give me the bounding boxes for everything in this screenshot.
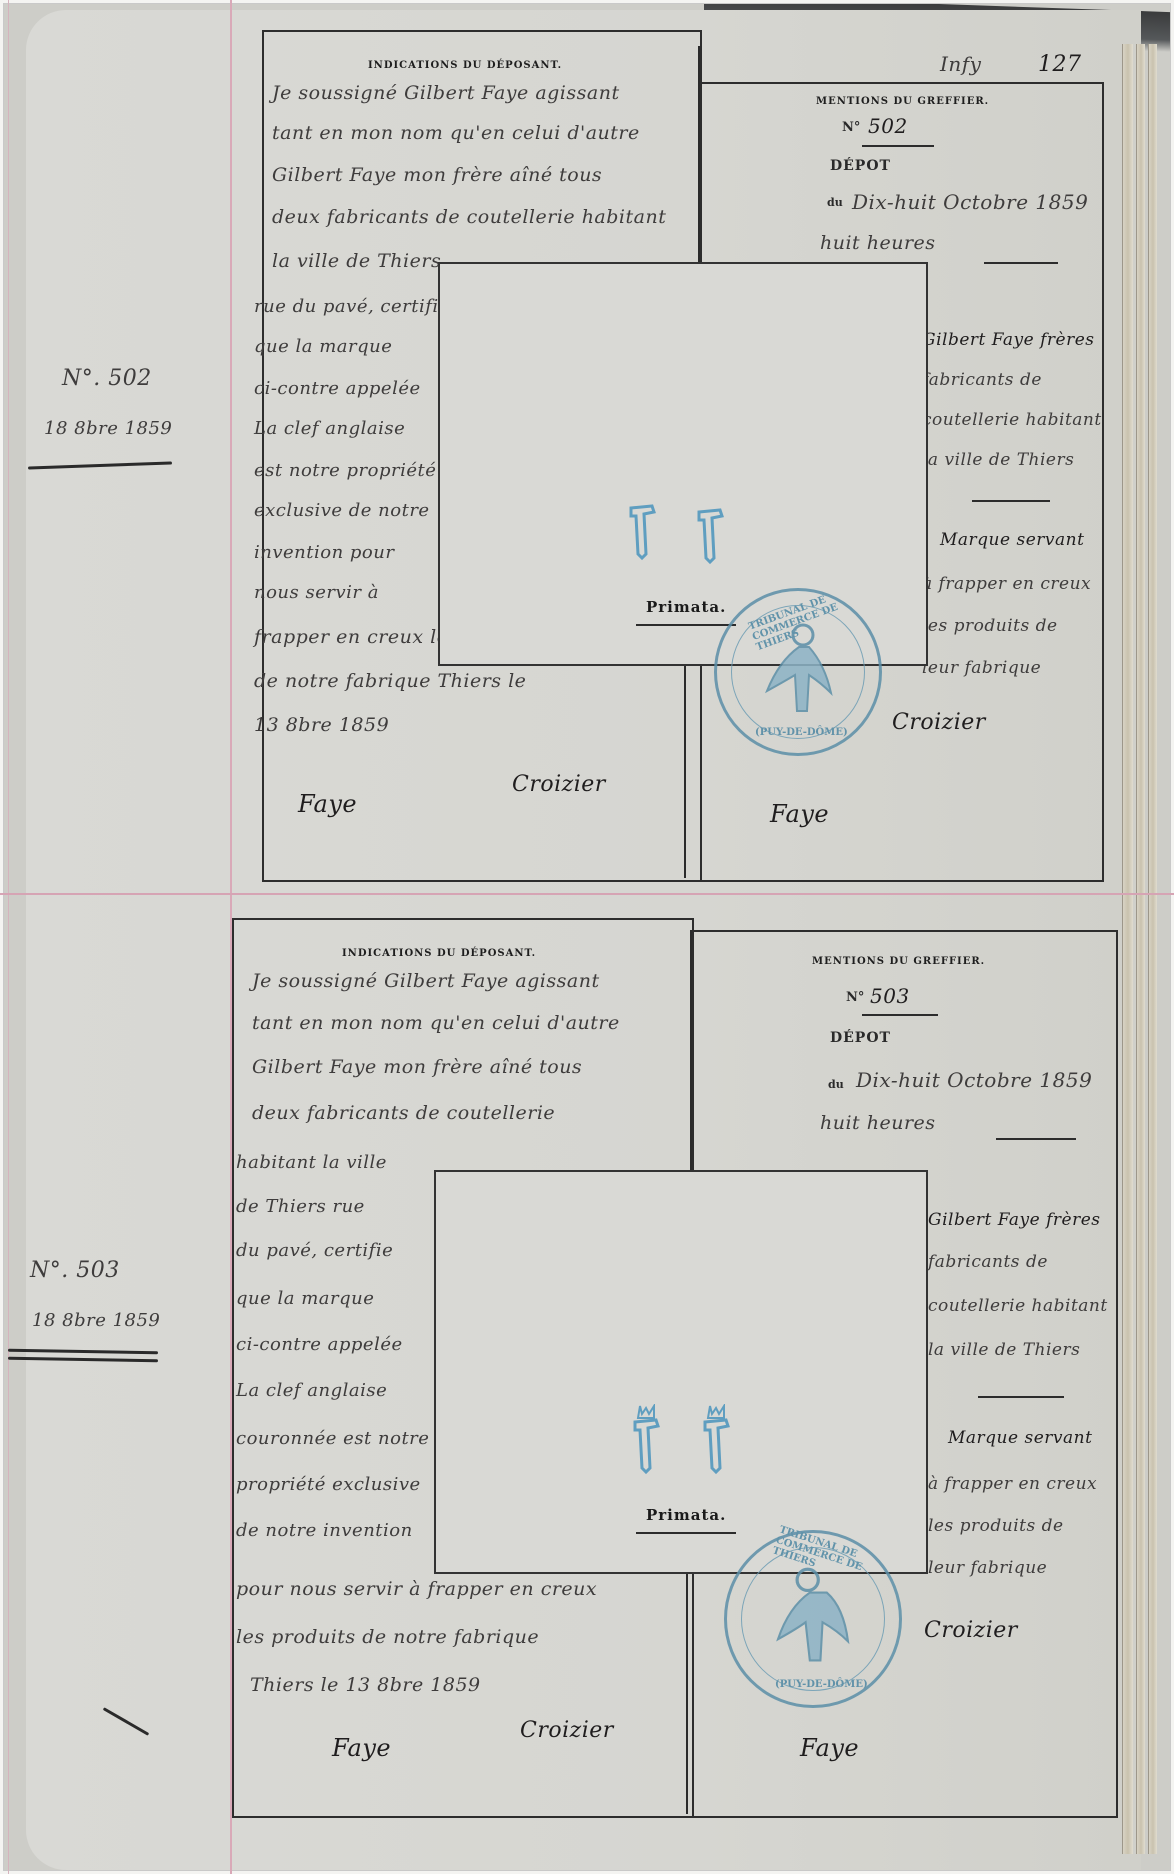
depositor-line: ci-contre appelée [254, 378, 421, 399]
registrar-line: fabricants de [928, 1252, 1048, 1272]
mark-line: leur fabrique [922, 658, 1041, 678]
registrar-header: MENTIONS DU GREFFIER. [816, 96, 989, 107]
deposit-time: huit heures [820, 232, 936, 254]
registrar-line: coutellerie habitant [922, 410, 1102, 430]
caption-underline [636, 1532, 736, 1534]
depositor-line: invention pour [254, 542, 394, 563]
margin-rule-horizontal [0, 893, 1174, 895]
stamp-text-bottom: (PUY-DE-DÔME) [775, 1679, 868, 1690]
trademark-caption: Primata. [646, 1506, 726, 1524]
depositor-line: propriété exclusive [236, 1474, 421, 1495]
depositor-line: est notre propriété [254, 460, 436, 481]
trademark-box: Primata. [434, 1170, 928, 1574]
margin-note-number: N°. 503 [30, 1258, 120, 1283]
column-divider [698, 46, 700, 286]
deposit-date: Dix-huit Octobre 1859 [852, 190, 1088, 214]
registrar-line: la ville de Thiers [928, 1340, 1080, 1360]
depositor-line: les produits de notre fabrique [236, 1626, 539, 1648]
key-mark-icon [696, 508, 726, 566]
margin-rule-left [8, 0, 9, 1874]
registrar-line: coutellerie habitant [928, 1296, 1108, 1316]
depositor-line: habitant la ville [236, 1152, 387, 1173]
depositor-line: de notre fabrique Thiers le [254, 670, 526, 692]
registrar-signature: Croizier [520, 1718, 614, 1743]
registrar-line: fabricants de [922, 370, 1042, 390]
registrar-header: MENTIONS DU GREFFIER. [812, 956, 985, 967]
trademark-caption: Primata. [646, 598, 726, 616]
mark-line: Marque servant [948, 1428, 1092, 1448]
depositor-line: que la marque [236, 1288, 374, 1309]
depositor-line: rue du pavé, certifie [254, 296, 450, 317]
margin-note-date: 18 8bre 1859 [32, 1310, 160, 1331]
deposit-time-rule [996, 1138, 1076, 1140]
deposit-number: 503 [870, 984, 910, 1008]
depositor-header: INDICATIONS DU DÉPOSANT. [368, 60, 562, 71]
court-stamp: TRIBUNAL DE COMMERCE DE THIERS (PUY-DE-D… [714, 588, 882, 756]
registrar-column-signature: Croizier [892, 710, 986, 735]
registrar-line: Gilbert Faye frères [928, 1210, 1101, 1230]
depositor-signature: Faye [332, 1734, 391, 1762]
depositor-line: que la marque [254, 336, 392, 357]
depositor-line: Thiers le 13 8bre 1859 [250, 1674, 481, 1696]
depositor-line: de Thiers rue [236, 1196, 365, 1217]
margin-note-date: 18 8bre 1859 [44, 418, 172, 439]
crowned-key-mark-icon [632, 1404, 662, 1476]
mark-line: les produits de [928, 1516, 1064, 1536]
section-rule [972, 500, 1050, 502]
mark-line: les produits de [922, 616, 1058, 636]
key-mark-icon [628, 504, 658, 562]
registrar-line: la ville de Thiers [922, 450, 1074, 470]
registrar-column-faye-signature: Faye [800, 1734, 859, 1762]
depositor-line: couronnée est notre [236, 1428, 429, 1449]
page-edge-stack [1136, 44, 1145, 1854]
crowned-key-mark-icon [702, 1404, 732, 1476]
registrar-column-signature: Croizier [924, 1618, 1018, 1643]
depositor-line: ci-contre appelée [236, 1334, 403, 1355]
depositor-line: tant en mon nom qu'en celui d'autre [252, 1012, 620, 1034]
registrar-line: Gilbert Faye frères [922, 330, 1095, 350]
depositor-line: deux fabricants de coutellerie habitant [272, 206, 666, 228]
section-rule [978, 1396, 1064, 1398]
page-edge-stack [1122, 44, 1133, 1854]
depositor-line: Je soussigné Gilbert Faye agissant [272, 82, 620, 104]
mark-line: à frapper en creux [928, 1474, 1097, 1494]
margin-note-number: N°. 502 [62, 366, 152, 391]
depositor-signature: Faye [298, 790, 357, 818]
depositor-line: nous servir à [254, 582, 379, 603]
deposit-label: DÉPOT [830, 1030, 891, 1046]
page-edge-stack [1148, 44, 1157, 1854]
deposit-time-rule [984, 262, 1058, 264]
column-divider [690, 930, 692, 1170]
number-underline [862, 145, 934, 147]
caption-underline [636, 624, 736, 626]
depositor-line: La clef anglaise [254, 418, 405, 439]
registrar-signature: Croizier [512, 772, 606, 797]
page-number: 127 [1038, 52, 1082, 77]
number-underline [862, 1014, 938, 1016]
mark-line: leur fabrique [928, 1558, 1047, 1578]
mark-line: à frapper en creux [922, 574, 1091, 594]
depositor-line: pour nous servir à frapper en creux [236, 1578, 597, 1600]
depositor-line: la ville de Thiers [272, 250, 441, 272]
depositor-line: tant en mon nom qu'en celui d'autre [272, 122, 640, 144]
depositor-line: Gilbert Faye mon frère aîné tous [252, 1056, 582, 1078]
stamp-text-bottom: (PUY-DE-DÔME) [755, 727, 848, 738]
number-label: N° [842, 120, 860, 135]
number-label: N° [846, 990, 864, 1005]
deposit-time: huit heures [820, 1112, 936, 1134]
imperial-eagle-icon [771, 1565, 855, 1671]
column-divider [686, 1568, 688, 1814]
depositor-line: de notre invention [236, 1520, 413, 1541]
mark-line: Marque servant [940, 530, 1084, 550]
depositor-line: du pavé, certifie [236, 1240, 393, 1261]
depositor-line: exclusive de notre [254, 500, 430, 521]
depositor-line: Gilbert Faye mon frère aîné tous [272, 164, 602, 186]
folio-annotation: Infy [940, 52, 981, 76]
depositor-header: INDICATIONS DU DÉPOSANT. [342, 948, 536, 959]
deposit-number: 502 [868, 114, 908, 138]
deposit-date-label: du [827, 196, 843, 209]
depositor-line: deux fabricants de coutellerie [252, 1102, 555, 1124]
column-divider [684, 656, 686, 878]
depositor-line: Je soussigné Gilbert Faye agissant [252, 970, 600, 992]
deposit-date-label: du [828, 1078, 844, 1091]
registrar-column-faye-signature: Faye [770, 800, 829, 828]
deposit-date: Dix-huit Octobre 1859 [856, 1068, 1092, 1092]
depositor-line: La clef anglaise [236, 1380, 387, 1401]
court-stamp: TRIBUNAL DE COMMERCE DE THIERS (PUY-DE-D… [724, 1530, 902, 1708]
deposit-label: DÉPOT [830, 158, 891, 174]
depositor-line: 13 8bre 1859 [254, 714, 389, 736]
